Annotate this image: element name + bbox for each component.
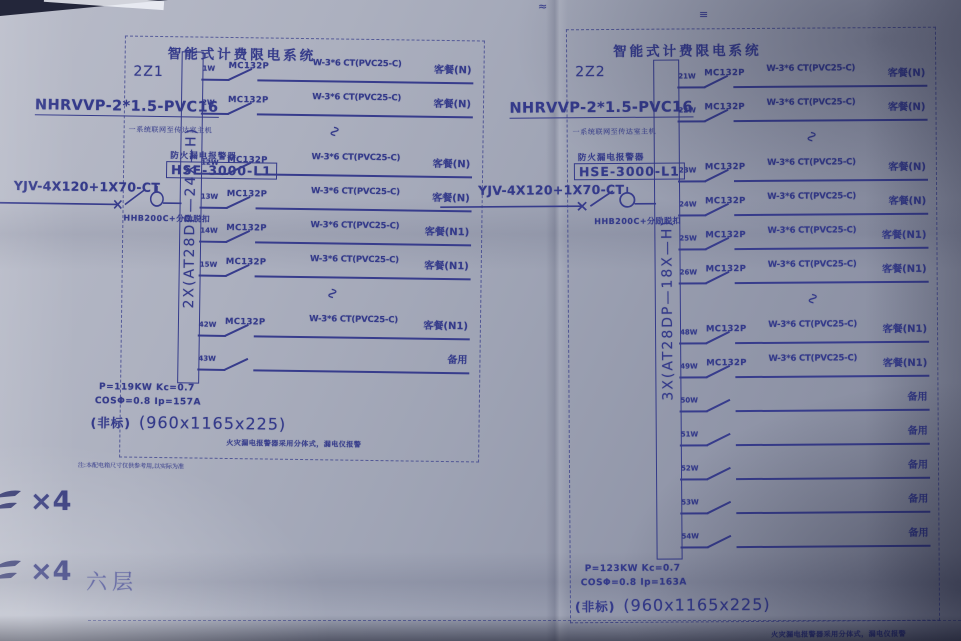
wire-segment bbox=[733, 85, 927, 88]
wire-segment bbox=[200, 173, 228, 175]
alarm-type-note: 火灾漏电报警器采用分体式，漏电仪报警 bbox=[226, 438, 361, 450]
wire-segment bbox=[678, 248, 706, 250]
squiggle-glyph: ∿ bbox=[326, 125, 344, 138]
wire-break-squiggle: ∿ bbox=[679, 288, 929, 316]
power-calc-line2: COSΦ=0.8 Ip=163A bbox=[581, 577, 687, 588]
wire-segment bbox=[736, 511, 930, 514]
wire-segment bbox=[734, 179, 928, 182]
wire-spec: W-3*6 CT(PVC25-C) bbox=[309, 314, 398, 325]
distribution-panel-2Z1: 智能式计费限电系统2Z1NHRVVP-2*1.5-PVC16一系统联网至传达室主… bbox=[119, 36, 485, 463]
load-label: 客餐(N) bbox=[434, 61, 472, 77]
wire-spec: W-3*6 CT(PVC25-C) bbox=[313, 58, 402, 69]
switch-blade-symbol bbox=[707, 535, 731, 548]
wire-segment bbox=[734, 213, 928, 216]
load-label: 客餐(N) bbox=[888, 64, 926, 79]
switch-blade-symbol bbox=[707, 501, 731, 514]
load-label: 备用 bbox=[908, 524, 928, 539]
panel-id: 2Z2 bbox=[575, 64, 606, 80]
wire-segment bbox=[201, 79, 229, 81]
circuit-number: 1W bbox=[202, 65, 215, 73]
cabinet-dimensions: (960x1165x225) bbox=[139, 413, 286, 434]
wire-segment bbox=[253, 369, 469, 374]
wire-segment bbox=[255, 241, 471, 246]
branch-row: 51W备用 bbox=[680, 416, 930, 452]
margin-note: 注:本配电箱尺寸仅供参考用,以实际为准 bbox=[78, 460, 184, 470]
switch-blade-symbol bbox=[707, 467, 731, 480]
wire-spec: W-3*6 CT(PVC25-C) bbox=[767, 191, 856, 202]
circuit-number: 49W bbox=[680, 362, 698, 370]
circuit-number: 14W bbox=[200, 227, 218, 235]
wire-segment bbox=[197, 369, 225, 371]
circuit-number: 51W bbox=[681, 430, 699, 438]
wire-break-squiggle: ∿ bbox=[678, 126, 928, 154]
wire-segment bbox=[257, 113, 473, 118]
load-label: 备用 bbox=[447, 351, 467, 366]
wire-spec: W-3*6 CT(PVC25-C) bbox=[767, 225, 856, 236]
wire-segment bbox=[681, 546, 709, 548]
power-calc-line1: P=119KW Kc=0.7 bbox=[99, 382, 195, 393]
wire-spec: W-3*6 CT(PVC25-C) bbox=[766, 63, 855, 74]
branch-row: 1WMC132PW-3*6 CT(PVC25-C)客餐(N) bbox=[201, 52, 473, 90]
load-label: 客餐(N) bbox=[889, 192, 927, 207]
wire-segment bbox=[678, 214, 706, 216]
wire-spec: W-3*6 CT(PVC25-C) bbox=[310, 220, 399, 231]
switch-blade-symbol bbox=[706, 399, 730, 412]
wire-break-squiggle: ∿ bbox=[200, 120, 472, 150]
squiggle-glyph: ∿ bbox=[804, 292, 822, 305]
load-label: 备用 bbox=[908, 490, 928, 505]
wire-segment bbox=[680, 410, 708, 412]
wire-segment bbox=[680, 512, 708, 514]
branch-row: 21WMC132PW-3*6 CT(PVC25-C)客餐(N) bbox=[677, 58, 927, 94]
circuit-number: 54W bbox=[681, 532, 699, 540]
signal-cable-note: 一系统联网至传达室主机 bbox=[573, 127, 657, 138]
switch-blade-symbol bbox=[224, 358, 248, 371]
circuit-number: 43W bbox=[198, 355, 216, 363]
load-label: 客餐(N1) bbox=[883, 320, 928, 335]
wire-spec: W-3*6 CT(PVC25-C) bbox=[767, 97, 856, 108]
nonstandard-note: (非标) bbox=[90, 415, 131, 431]
branch-row: 23WMC132PW-3*6 CT(PVC25-C)客餐(N) bbox=[678, 152, 928, 188]
branch-row: 48WMC132PW-3*6 CT(PVC25-C)客餐(N1) bbox=[679, 314, 929, 350]
circuit-number: 15W bbox=[200, 261, 218, 269]
wire-segment bbox=[255, 275, 471, 280]
load-label: 客餐(N1) bbox=[882, 260, 927, 275]
wire-spec: W-3*6 CT(PVC25-C) bbox=[312, 92, 401, 103]
wire-segment bbox=[734, 247, 928, 250]
wire-segment bbox=[680, 478, 708, 480]
branch-row: 49WMC132PW-3*6 CT(PVC25-C)客餐(N1) bbox=[679, 348, 929, 384]
wire-segment bbox=[678, 180, 706, 182]
circuit-number: 13W bbox=[201, 193, 219, 201]
wire-segment bbox=[200, 207, 228, 209]
wire-segment bbox=[256, 207, 472, 212]
branch-row: 42WMC132PW-3*6 CT(PVC25-C)客餐(N1) bbox=[198, 308, 470, 346]
circuit-number: 24W bbox=[679, 200, 697, 208]
branch-row: 24WMC132PW-3*6 CT(PVC25-C)客餐(N) bbox=[678, 186, 928, 222]
photographed-electrical-drawing: ≈ ≡ 智能式计费限电系统2Z1NHRVVP-2*1.5-PVC16一系统联网至… bbox=[0, 0, 961, 641]
wire-spec: W-3*6 CT(PVC25-C) bbox=[311, 186, 400, 197]
power-calc-line1: P=123KW Kc=0.7 bbox=[585, 564, 681, 575]
circuit-number: 48W bbox=[680, 328, 698, 336]
branch-row: 43W备用 bbox=[197, 342, 469, 380]
wire-segment bbox=[736, 409, 930, 412]
cabinet-dimensions: (960x1165x225) bbox=[623, 595, 770, 615]
circuit-number: 25W bbox=[679, 234, 697, 242]
wire-segment bbox=[735, 341, 929, 344]
wire-segment bbox=[199, 241, 227, 243]
legend-multiplier: ×4 bbox=[30, 556, 71, 587]
branch-row: 50W备用 bbox=[679, 382, 929, 418]
distribution-panel-2Z2: 智能式计费限电系统2Z2NHRVVP-2*1.5-PVC16一系统联网至传达室主… bbox=[566, 27, 940, 624]
circuit-number: 2W bbox=[202, 99, 215, 107]
legend-symbol-icon bbox=[0, 557, 22, 587]
branch-row: 26WMC132PW-3*6 CT(PVC25-C)客餐(N1) bbox=[679, 254, 929, 290]
wire-segment bbox=[198, 335, 226, 337]
wire-segment bbox=[201, 113, 229, 115]
wire-segment bbox=[735, 281, 929, 284]
load-label: 客餐(N1) bbox=[423, 317, 468, 333]
nonstandard-note: (非标) bbox=[575, 599, 616, 614]
squiggle-glyph: ∿ bbox=[803, 130, 821, 143]
wire-segment bbox=[736, 477, 930, 480]
wire-spec: W-3*6 CT(PVC25-C) bbox=[768, 259, 857, 270]
circuit-number: 50W bbox=[680, 396, 698, 404]
circuit-number: 22W bbox=[678, 106, 696, 114]
wire-segment bbox=[254, 335, 470, 340]
squiggle-glyph: ∿ bbox=[324, 287, 342, 300]
branch-row: 15WMC132PW-3*6 CT(PVC25-C)客餐(N1) bbox=[199, 248, 471, 286]
circuit-number: 21W bbox=[678, 72, 696, 80]
legend-symbol-icon bbox=[0, 487, 22, 517]
branch-row: 25WMC132PW-3*6 CT(PVC25-C)客餐(N1) bbox=[678, 220, 928, 256]
load-label: 客餐(N1) bbox=[883, 354, 928, 369]
circuit-number: 52W bbox=[681, 464, 699, 472]
stray-mark: ≡ bbox=[699, 8, 708, 21]
load-label: 客餐(N) bbox=[433, 155, 471, 171]
branch-row: 2WMC132PW-3*6 CT(PVC25-C)客餐(N) bbox=[201, 86, 473, 124]
wire-spec: W-3*6 CT(PVC25-C) bbox=[767, 157, 856, 168]
branch-rows: 21WMC132PW-3*6 CT(PVC25-C)客餐(N)22WMC132P… bbox=[677, 58, 930, 554]
power-calc-line2: COSΦ=0.8 Ip=157A bbox=[95, 396, 201, 407]
wire-segment bbox=[679, 342, 707, 344]
branch-row: 54W备用 bbox=[680, 518, 930, 554]
wire-spec: W-3*6 CT(PVC25-C) bbox=[768, 353, 857, 364]
load-label: 备用 bbox=[908, 422, 928, 437]
panel-id: 2Z1 bbox=[133, 64, 164, 80]
floor-label: 六层 bbox=[86, 566, 138, 596]
branch-row: 13WMC132PW-3*6 CT(PVC25-C)客餐(N) bbox=[199, 180, 471, 218]
fire-leakage-alarm-label: 防火漏电报警器 bbox=[578, 151, 645, 163]
branch-row: 12WMC132PW-3*6 CT(PVC25-C)客餐(N) bbox=[200, 146, 472, 184]
switch-blade-symbol bbox=[706, 433, 730, 446]
branch-rows: 1WMC132PW-3*6 CT(PVC25-C)客餐(N)2WMC132PW-… bbox=[197, 52, 473, 380]
circuit-number: 42W bbox=[199, 321, 217, 329]
cabinet-size: (非标)(960x1165x225) bbox=[90, 412, 286, 434]
legend-item: ×4 bbox=[0, 556, 71, 587]
wire-segment bbox=[737, 545, 931, 548]
panel-title: 智能式计费限电系统 bbox=[613, 39, 762, 60]
circuit-number: 26W bbox=[680, 268, 698, 276]
branch-row: 22WMC132PW-3*6 CT(PVC25-C)客餐(N) bbox=[677, 92, 927, 128]
load-label: 客餐(N1) bbox=[424, 257, 469, 273]
branch-row: 14WMC132PW-3*6 CT(PVC25-C)客餐(N1) bbox=[199, 214, 471, 252]
legend-multiplier: ×4 bbox=[30, 486, 71, 517]
wire-segment bbox=[736, 443, 930, 446]
load-label: 客餐(N) bbox=[888, 98, 926, 113]
legend-item: ×4 bbox=[0, 486, 71, 517]
load-label: 备用 bbox=[908, 456, 928, 471]
wire-spec: W-3*6 CT(PVC25-C) bbox=[310, 254, 399, 265]
wire-segment bbox=[257, 79, 473, 84]
circuit-number: 12W bbox=[201, 159, 219, 167]
branch-row: 53W备用 bbox=[680, 484, 930, 520]
circuit-number: 23W bbox=[679, 166, 697, 174]
wire-segment bbox=[677, 86, 705, 88]
circuit-number: 53W bbox=[681, 498, 699, 506]
wire-segment bbox=[679, 282, 707, 284]
paper-fold-line bbox=[546, 0, 568, 641]
wire-segment bbox=[734, 119, 928, 122]
alarm-type-note: 火灾漏电报警器采用分体式，漏电仪报警 bbox=[771, 629, 906, 640]
wire-spec: W-3*6 CT(PVC25-C) bbox=[768, 319, 857, 330]
wire-segment bbox=[680, 444, 708, 446]
branch-row: 52W备用 bbox=[680, 450, 930, 486]
wire-spec: W-3*6 CT(PVC25-C) bbox=[311, 152, 400, 163]
load-label: 客餐(N1) bbox=[882, 226, 927, 241]
wire-break-squiggle: ∿ bbox=[198, 282, 470, 312]
wire-segment bbox=[679, 376, 707, 378]
load-label: 客餐(N) bbox=[888, 158, 926, 173]
wire-segment bbox=[678, 120, 706, 122]
load-label: 备用 bbox=[907, 388, 927, 403]
load-label: 客餐(N) bbox=[433, 95, 471, 111]
wire-segment bbox=[735, 375, 929, 378]
cabinet-size: (非标)(960x1165x225) bbox=[575, 595, 771, 615]
wire-segment bbox=[199, 275, 227, 277]
